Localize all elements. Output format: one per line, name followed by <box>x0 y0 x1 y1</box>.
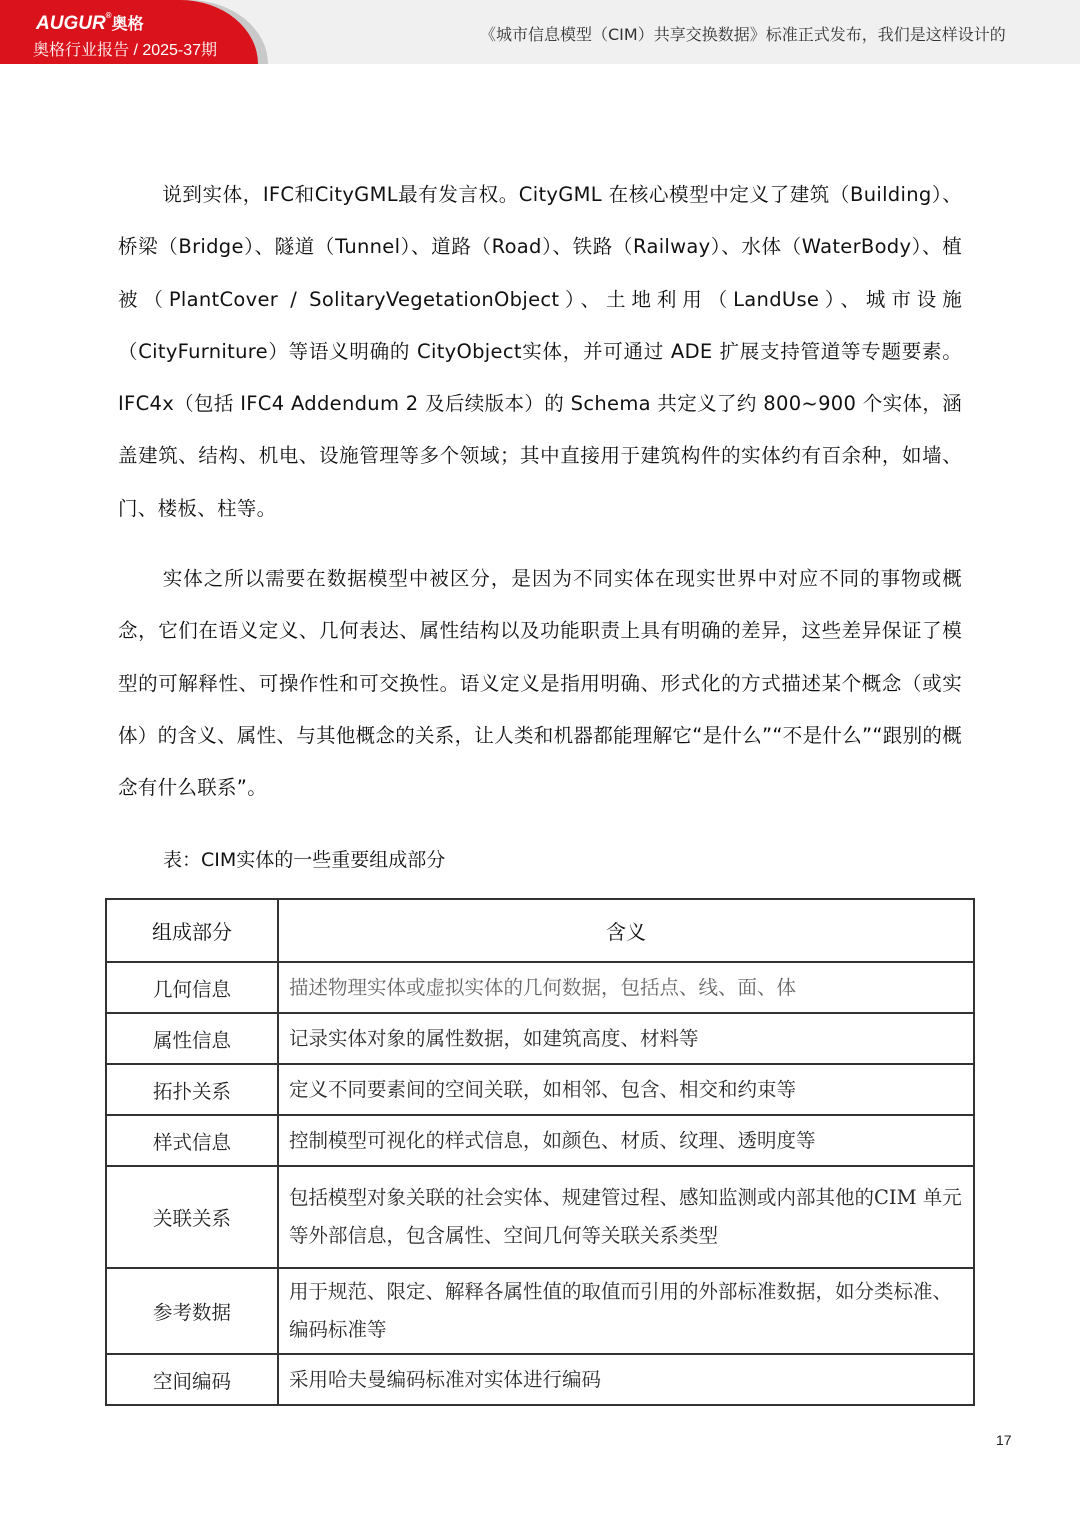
table-row: 参考数据 用于规范、限定、解释各属性值的取值而引用的外部标准数据，如分类标准、编… <box>106 1268 974 1354</box>
logo-text-cn: 奥格 <box>112 16 144 33</box>
page-number: 17 <box>996 1432 1012 1448</box>
table-header-row: 组成部分 含义 <box>106 899 974 962</box>
table-row: 样式信息 控制模型可视化的样式信息，如颜色、材质、纹理、透明度等 <box>106 1115 974 1166</box>
report-issue: 奥格行业报告 / 2025-37期 <box>33 37 217 60</box>
component-desc: 描述物理实体或虚拟实体的几何数据，包括点、线、面、体 <box>278 962 974 1013</box>
component-desc: 控制模型可视化的样式信息，如颜色、材质、纹理、透明度等 <box>278 1115 974 1166</box>
body-paragraph-1: 说到实体，IFC和CityGML最有发言权。CityGML 在核心模型中定义了建… <box>118 169 962 535</box>
component-desc: 采用哈夫曼编码标准对实体进行编码 <box>278 1354 974 1405</box>
table-row: 拓扑关系 定义不同要素间的空间关联，如相邻、包含、相交和约束等 <box>106 1064 974 1115</box>
paragraph-text: 说到实体，IFC和CityGML最有发言权。CityGML 在核心模型中定义了建… <box>118 183 962 520</box>
header-meaning: 含义 <box>278 899 974 962</box>
component-name: 几何信息 <box>106 962 278 1013</box>
table-row: 关联关系 包括模型对象关联的社会实体、规建管过程、感知监测或内部其他的CIM 单… <box>106 1166 974 1268</box>
component-name: 参考数据 <box>106 1268 278 1354</box>
table-row: 属性信息 记录实体对象的属性数据，如建筑高度、材料等 <box>106 1013 974 1064</box>
component-name: 属性信息 <box>106 1013 278 1064</box>
component-name: 空间编码 <box>106 1354 278 1405</box>
component-desc: 包括模型对象关联的社会实体、规建管过程、感知监测或内部其他的CIM 单元等外部信… <box>278 1166 974 1268</box>
brand-banner: AUGUR®奥格 奥格行业报告 / 2025-37期 <box>0 0 258 64</box>
table-caption: 表：CIM实体的一些重要组成部分 <box>163 845 445 872</box>
component-desc: 定义不同要素间的空间关联，如相邻、包含、相交和约束等 <box>278 1064 974 1115</box>
component-name: 样式信息 <box>106 1115 278 1166</box>
component-desc: 用于规范、限定、解释各属性值的取值而引用的外部标准数据，如分类标准、编码标准等 <box>278 1268 974 1354</box>
page-header: AUGUR®奥格 奥格行业报告 / 2025-37期 《城市信息模型（CIM）共… <box>0 0 1080 64</box>
header-component: 组成部分 <box>106 899 278 962</box>
table-row: 空间编码 采用哈夫曼编码标准对实体进行编码 <box>106 1354 974 1405</box>
body-paragraph-2: 实体之所以需要在数据模型中被区分，是因为不同实体在现实世界中对应不同的事物或概念… <box>118 553 962 814</box>
component-desc: 记录实体对象的属性数据，如建筑高度、材料等 <box>278 1013 974 1064</box>
article-title: 《城市信息模型（CIM）共享交换数据》标准正式发布，我们是这样设计的 <box>480 22 1006 45</box>
paragraph-text: 实体之所以需要在数据模型中被区分，是因为不同实体在现实世界中对应不同的事物或概念… <box>118 567 962 799</box>
table-row: 几何信息 描述物理实体或虚拟实体的几何数据，包括点、线、面、体 <box>106 962 974 1013</box>
logo-text: AUGUR <box>36 13 106 34</box>
component-name: 关联关系 <box>106 1166 278 1268</box>
component-name: 拓扑关系 <box>106 1064 278 1115</box>
augur-logo: AUGUR®奥格 <box>36 11 144 35</box>
cim-components-table: 组成部分 含义 几何信息 描述物理实体或虚拟实体的几何数据，包括点、线、面、体 … <box>105 898 975 1406</box>
